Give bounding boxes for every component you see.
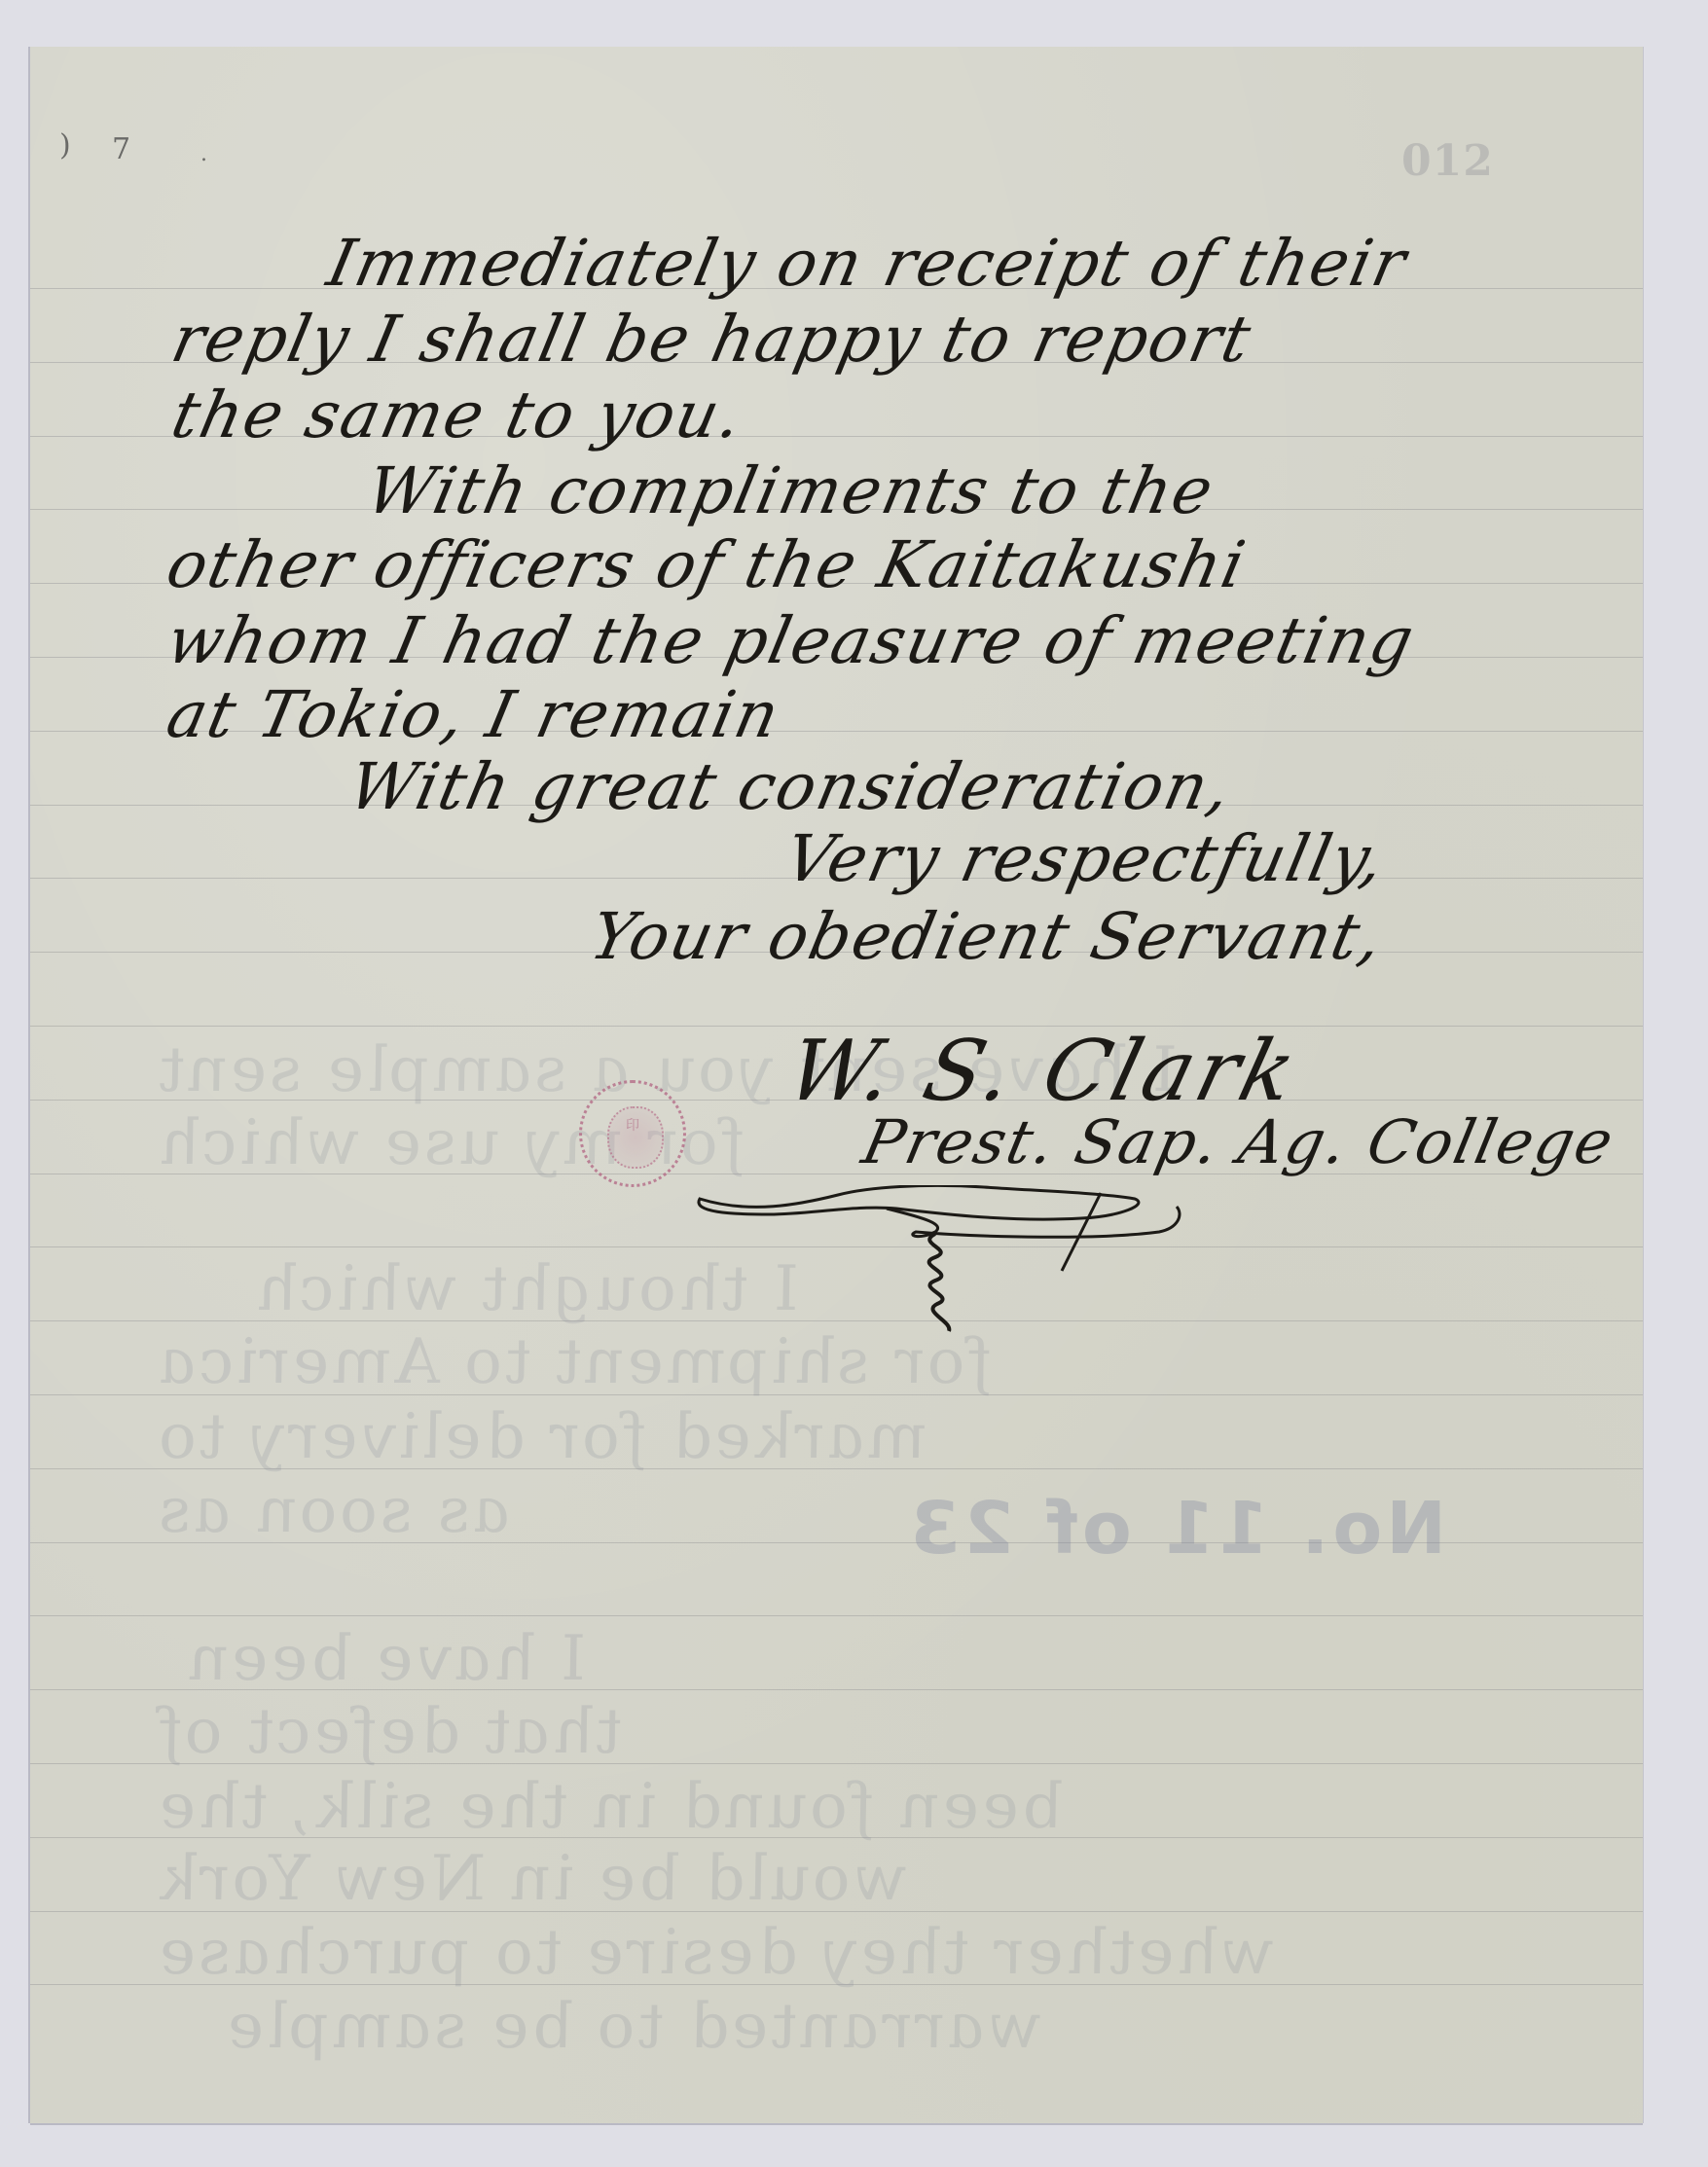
letter-line: Your obedient Servant, [585,905,1390,969]
ruled-line [30,1615,1643,1616]
letter-line: With great consideration, [344,755,1238,819]
letter-line: other officers of the Kaitakushi [162,533,1252,597]
seal-inner-ring [607,1106,664,1169]
corner-mark: ) [59,128,71,163]
letter-line: the same to you. [166,383,749,448]
signature-title: Prest. Sap. Ag. College [857,1112,1619,1173]
bleed-through-line: warranted to be sample [217,1991,1049,2063]
letter-line: whom I had the pleasure of meeting [162,609,1420,673]
bleed-through-line: been found in the silk, the [149,1771,1070,1843]
corner-mark: 7 [112,132,130,166]
bleed-through-line: I have been [178,1623,593,1695]
letter-line: at Tokio, I remain [162,683,786,747]
bleed-through-line: whether they desire to purchase [149,1917,1282,1989]
signature-flourish-icon [692,1185,1237,1380]
corner-mark: . [200,142,207,166]
letter-line: Immediately on receipt of their [322,232,1413,296]
signature-name: W. S. Clark [780,1029,1307,1113]
letter-page: 012 7 ) . I have sent you a sample sent … [30,47,1643,2123]
document-viewer: 012 7 ) . I have sent you a sample sent … [0,0,1708,2167]
bleed-through-line: would be in New York [149,1843,915,1915]
letter-line: With compliments to the [361,459,1219,524]
bleed-through-line: that defect of [149,1696,629,1768]
bleed-through-line: as soon as [149,1475,519,1547]
letter-line: Very respectfully, [780,827,1391,891]
bleed-through-line: marked for delivery to [149,1401,934,1473]
bleed-through-stamp: No. 11 of 23 [906,1487,1446,1571]
letter-line: reply I shall be happy to report [166,307,1257,372]
red-seal: 印 [579,1080,686,1187]
archive-number-stamp: 012 [1401,136,1494,186]
seal-glyph: 印 [582,1118,683,1134]
